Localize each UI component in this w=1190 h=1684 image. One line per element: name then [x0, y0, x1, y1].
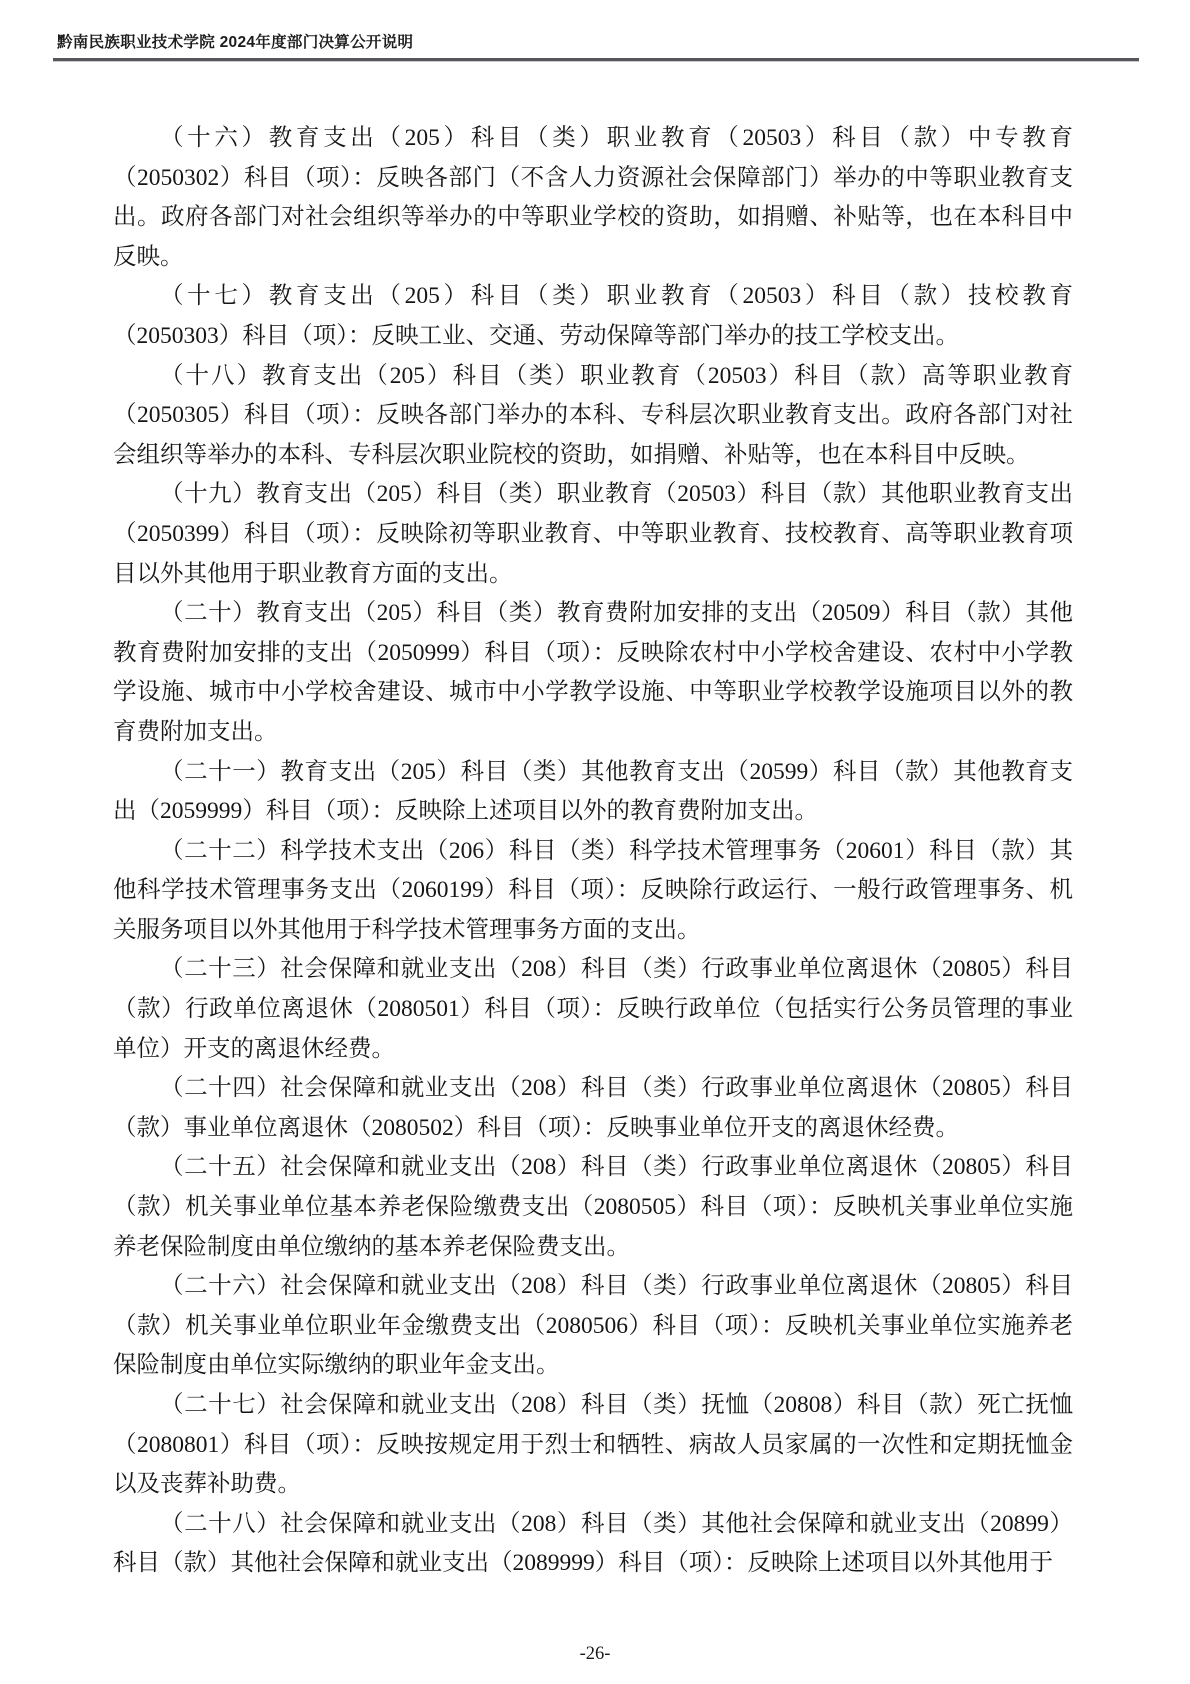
header-divider: [53, 58, 1139, 61]
paragraph: （二十六）社会保障和就业支出（208）科目（类）行政事业单位离退休（20805）…: [113, 1267, 1073, 1386]
paragraph: （十八）教育支出（205）科目（类）职业教育（20503）科目（款）高等职业教育…: [113, 357, 1073, 476]
paragraph: （二十八）社会保障和就业支出（208）科目（类）其他社会保障和就业支出（2089…: [113, 1505, 1073, 1584]
document-page: 黔南民族职业技术学院 2024年度部门决算公开说明 （十六）教育支出（205）科…: [0, 0, 1190, 1684]
paragraph: （二十四）社会保障和就业支出（208）科目（类）行政事业单位离退休（20805）…: [113, 1069, 1073, 1148]
document-body: （十六）教育支出（205）科目（类）职业教育（20503）科目（款）中专教育（2…: [113, 119, 1073, 1584]
paragraph: （十九）教育支出（205）科目（类）职业教育（20503）科目（款）其他职业教育…: [113, 475, 1073, 594]
page-number: -26-: [0, 1642, 1190, 1666]
paragraph: （二十一）教育支出（205）科目（类）其他教育支出（20599）科目（款）其他教…: [113, 753, 1073, 832]
paragraph: （二十二）科学技术支出（206）科目（类）科学技术管理事务（20601）科目（款…: [113, 832, 1073, 951]
paragraph: （二十三）社会保障和就业支出（208）科目（类）行政事业单位离退休（20805）…: [113, 950, 1073, 1069]
page-header-title: 黔南民族职业技术学院 2024年度部门决算公开说明: [57, 33, 1137, 53]
paragraph: （二十七）社会保障和就业支出（208）科目（类）抚恤（20808）科目（款）死亡…: [113, 1386, 1073, 1505]
paragraph: （十七）教育支出（205）科目（类）职业教育（20503）科目（款）技校教育（2…: [113, 277, 1073, 356]
paragraph: （二十）教育支出（205）科目（类）教育费附加安排的支出（20509）科目（款）…: [113, 594, 1073, 752]
paragraph: （二十五）社会保障和就业支出（208）科目（类）行政事业单位离退休（20805）…: [113, 1148, 1073, 1267]
paragraph: （十六）教育支出（205）科目（类）职业教育（20503）科目（款）中专教育（2…: [113, 119, 1073, 277]
